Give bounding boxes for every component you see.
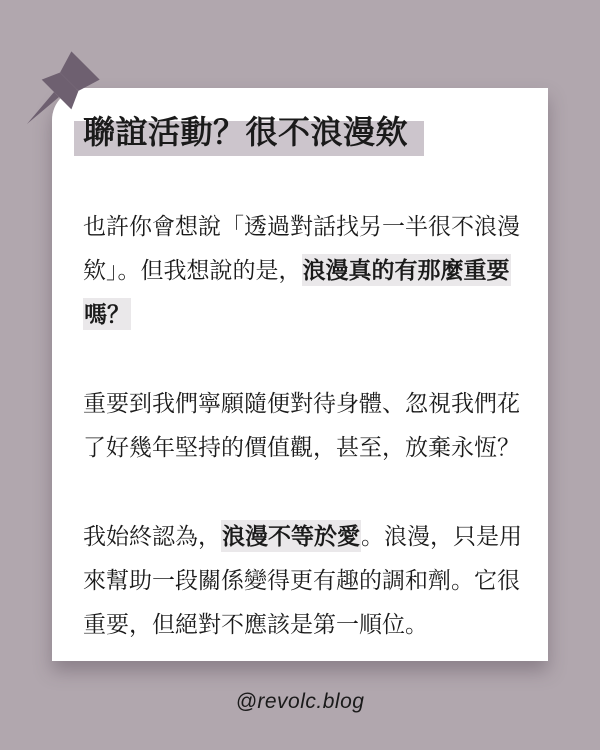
quote-card-post: 聯誼活動？很不浪漫欸 也許你會想說「透過對話找另一半很不浪漫 欸」。但我想說的是… bbox=[0, 0, 600, 750]
text-segment: 。浪漫，只是用 bbox=[361, 523, 522, 549]
paragraph-3: 我始終認為，浪漫不等於愛。浪漫，只是用 來幫助一段關係變得更有趣的調和劑。它很 … bbox=[83, 514, 522, 646]
text-segment: 我始終認為， bbox=[83, 523, 221, 549]
title: 聯誼活動？很不浪漫欸 bbox=[83, 112, 408, 152]
text-segment: 了好幾年堅持的價值觀，甚至，放棄永恆？ bbox=[83, 434, 520, 460]
text-line: 重要到我們寧願隨便對待身體、忽視我們花 bbox=[83, 381, 522, 425]
paragraph-1: 也許你會想說「透過對話找另一半很不浪漫 欸」。但我想說的是，浪漫真的有那麼重要 … bbox=[83, 204, 522, 336]
text-line: 也許你會想說「透過對話找另一半很不浪漫 bbox=[83, 204, 522, 248]
text-segment: 重要到我們寧願隨便對待身體、忽視我們花 bbox=[83, 390, 520, 416]
note-card: 聯誼活動？很不浪漫欸 也許你會想說「透過對話找另一半很不浪漫 欸」。但我想說的是… bbox=[52, 88, 548, 661]
text-line: 了好幾年堅持的價值觀，甚至，放棄永恆？ bbox=[83, 425, 522, 469]
text-line: 欸」。但我想說的是，浪漫真的有那麼重要 bbox=[83, 248, 522, 292]
title-text: 聯誼活動？很不浪漫欸 bbox=[83, 114, 408, 150]
text-segment: 來幫助一段關係變得更有趣的調和劑。它很 bbox=[83, 567, 520, 593]
paragraph-2: 重要到我們寧願隨便對待身體、忽視我們花 了好幾年堅持的價值觀，甚至，放棄永恆？ bbox=[83, 381, 522, 469]
text-line: 嗎？ bbox=[83, 292, 522, 336]
text-segment: 也許你會想說「透過對話找另一半很不浪漫 bbox=[83, 213, 520, 239]
text-segment: 欸」。但我想說的是， bbox=[83, 257, 302, 283]
highlighted-phrase: 浪漫真的有那麼重要 bbox=[302, 254, 511, 286]
highlighted-phrase: 浪漫不等於愛 bbox=[221, 520, 361, 552]
text-line: 來幫助一段關係變得更有趣的調和劑。它很 bbox=[83, 558, 522, 602]
text-line: 我始終認為，浪漫不等於愛。浪漫，只是用 bbox=[83, 514, 522, 558]
highlighted-phrase: 嗎？ bbox=[83, 298, 131, 330]
text-line: 重要，但絕對不應該是第一順位。 bbox=[83, 602, 522, 646]
account-handle: @revolc.blog bbox=[0, 690, 600, 714]
text-segment: 重要，但絕對不應該是第一順位。 bbox=[83, 611, 428, 637]
